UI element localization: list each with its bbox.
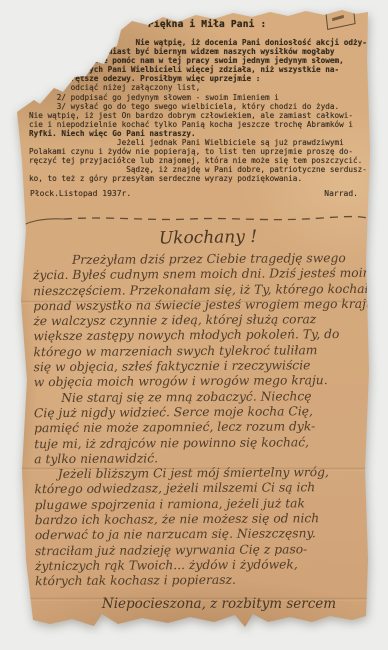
typed-line: cie i niepodzielnie kochać tylko Panią k…: [29, 120, 374, 129]
letter-date: Płock.Listopad 1937r.: [30, 189, 131, 198]
typed-line: Nie wątpię, iż jest On bardzo dobrym czł…: [29, 111, 374, 120]
typed-line: Jeżeli jednak Pani Wielbiciele są już pr…: [29, 138, 374, 147]
typed-signature: Narrad.: [324, 189, 358, 198]
typed-line: dzenia Polski. Zamiast być biernym widze…: [29, 47, 374, 56]
handwritten-line: większe zastępy nowych młodych pokoleń. …: [33, 327, 378, 345]
date-signature-row: Płock.Listopad 1937r. Narrad.: [30, 189, 358, 198]
archive-stamp-icon: [325, 6, 355, 30]
handwritten-line: Jeżeli bliższym Ci jest mój śmiertelny w…: [34, 465, 379, 483]
photo-background: Piękna i Miła Pani : Nie wątpię, iż doce…: [0, 0, 388, 650]
typed-line: Ryfki. Niech więc Go Pani nastraszy.: [29, 129, 374, 138]
typed-line: ko, to też z góry przesyłam serdeczne wy…: [29, 174, 374, 183]
typed-line: 2/ podpisać go jedynym słowem - swoim Im…: [29, 93, 374, 102]
typed-line: 3/ wysłać go do tego swego wielbiciela, …: [29, 102, 374, 111]
paper-shadow: Piękna i Miła Pani : Nie wątpię, iż doce…: [0, 0, 388, 650]
letter-title: Piękna i Miła Pani :: [148, 19, 266, 30]
handwritten-line: których tak kochasz i popierasz.: [35, 572, 380, 590]
typed-letter-body: Nie wątpię, iż docenia Pani doniosłość a…: [29, 38, 374, 184]
handwritten-signature: Niepocieszona, z rozbitym sercem: [0, 596, 388, 612]
typed-line: które u licznych Pani Wielbicieli więcej…: [29, 65, 374, 74]
handwritten-body: Przeżyłam dziś przez Ciebie tragedję swe…: [33, 251, 380, 590]
typed-line: sze najgorętsze odezwy. Prosiłbym więc u…: [29, 74, 374, 83]
handwritten-line: ponad wszystko na świecie jesteś wrogiem…: [33, 297, 378, 315]
letter-paper: Piękna i Miła Pani : Nie wątpię, iż doce…: [0, 0, 388, 650]
typed-line: SzPani b.wydatnie pomóc nam w tej pracy …: [29, 56, 374, 65]
typed-line: Nie wątpię, iż docenia Pani doniosłość a…: [29, 38, 374, 47]
typed-line: 1/ odciąć niżej załączony list,: [29, 83, 374, 92]
typed-line: ręczyć tej przyjaciółce lub znajomej, kt…: [29, 156, 374, 165]
typed-line: Sądzę, iż znajdę w Pani dobre, patriotyc…: [29, 165, 374, 174]
page-number: 3: [28, 615, 32, 623]
handwritten-line: w objęcia moich wrogów i wrogów mego kra…: [34, 373, 379, 391]
typed-line: Polakami czynu i żydów nie popierają, to…: [29, 147, 374, 156]
